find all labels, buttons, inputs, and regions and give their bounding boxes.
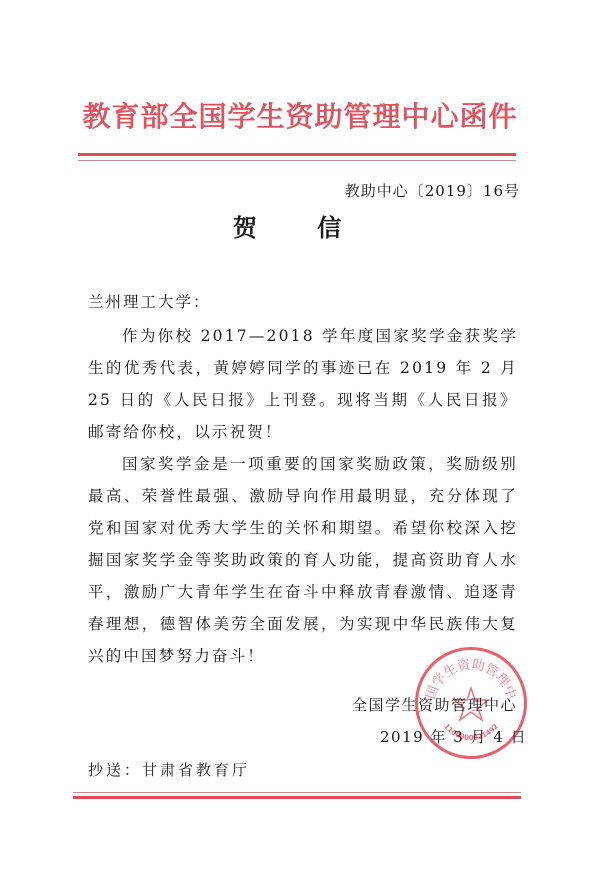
salutation: 兰州理工大学： <box>88 290 211 312</box>
signature-date: 2019 年 3 月 4 日 <box>380 726 527 747</box>
footer-rule-thin <box>73 792 521 793</box>
body-paragraph-2: 国家奖学金是一项重要的国家奖励政策，奖励级别最高、荣誉性最强、激励导向作用最明显… <box>88 448 518 672</box>
document-number: 教助中心〔2019〕16号 <box>345 180 520 201</box>
body-paragraph-1: 作为你校 2017—2018 学年度国家奖学金获奖学生的优秀代表，黄婷婷同学的事… <box>88 320 518 448</box>
document-title: 贺 信 <box>0 208 600 243</box>
signature-organization: 全国学生资助管理中心 <box>352 694 517 715</box>
header-rule-thin <box>78 160 516 161</box>
footer-rule-thick <box>73 796 521 799</box>
header-rule-thick <box>78 153 516 156</box>
cc-line: 抄送：甘肃省教育厅 <box>88 759 250 780</box>
letterhead-title: 教育部全国学生资助管理中心函件 <box>0 95 600 135</box>
